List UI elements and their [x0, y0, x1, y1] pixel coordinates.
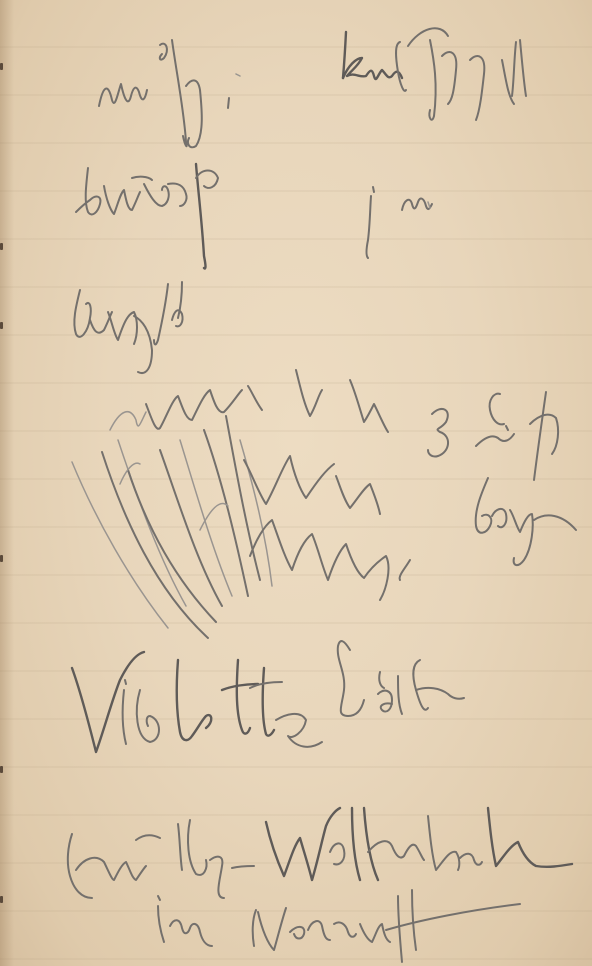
handwriting-line-2: [76, 164, 432, 269]
handwriting-line-4: [428, 392, 558, 480]
handwriting-line-6: [72, 641, 464, 752]
handwriting-line-1: [99, 28, 526, 147]
handwriting-strokes: [0, 0, 592, 966]
handwriting-line-7: [68, 808, 572, 898]
notebook-page: wühig, kein Schiff blutroth ; im Westen …: [0, 0, 592, 966]
handwriting-line-8: [158, 890, 520, 962]
handwriting-line-3: [74, 282, 182, 373]
handwriting-line-5: [476, 478, 576, 565]
pencil-sketch-rays: [72, 370, 410, 638]
